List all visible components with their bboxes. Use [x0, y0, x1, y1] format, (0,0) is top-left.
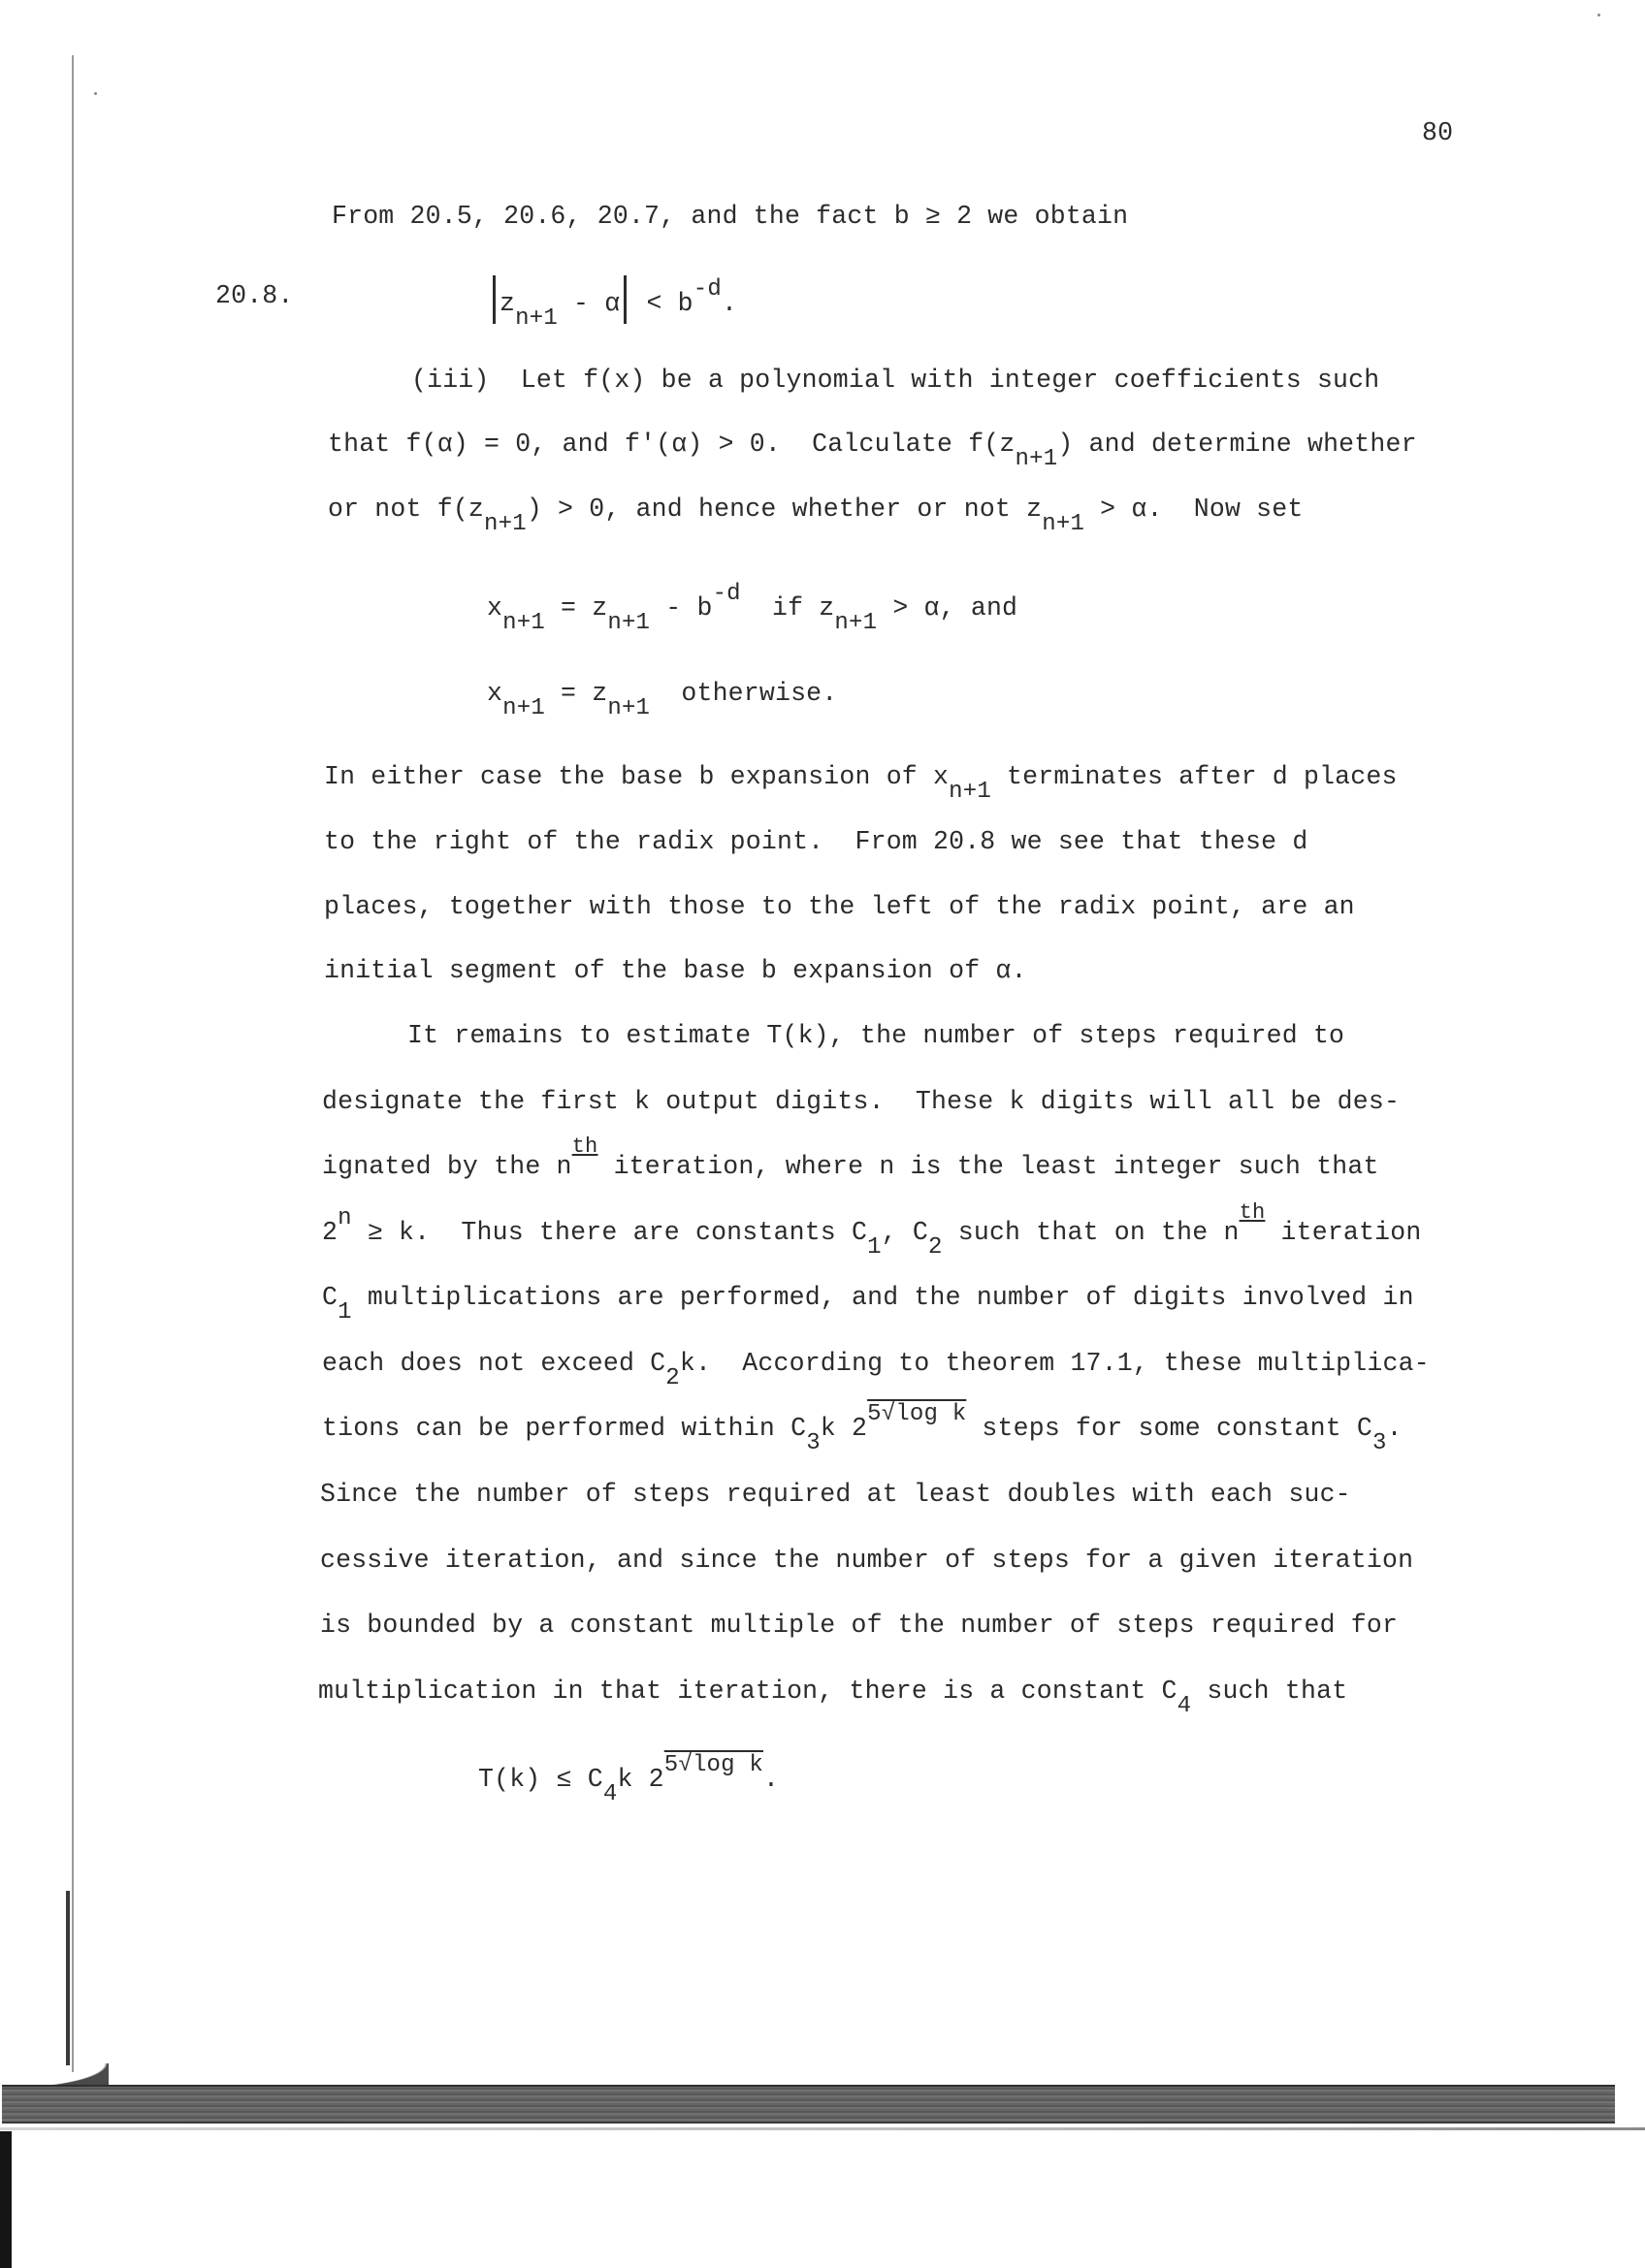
text-line: cessive iteration, and since the number … [320, 1546, 1413, 1575]
text-line: Since the number of steps required at le… [320, 1480, 1351, 1509]
text-line: initial segment of the base b expansion … [324, 956, 1027, 985]
subscript: n+1 [834, 610, 877, 636]
text-line: to the right of the radix point. From 20… [324, 827, 1307, 856]
final-inequality: T(k) ≤ C4k 25√log k. [478, 1765, 779, 1796]
subscript: 3 [806, 1430, 821, 1456]
subscript: 1 [338, 1299, 352, 1326]
subscript: 2 [928, 1234, 943, 1261]
text-span: steps for some constant C [966, 1414, 1372, 1443]
eq-exponent: -d [693, 276, 722, 303]
eq-relation: < b [630, 289, 693, 318]
text-span: iteration, where n is the least integer … [597, 1152, 1378, 1181]
text-line: C1 multiplications are performed, and th… [322, 1283, 1414, 1314]
def-cond: if z [741, 593, 835, 623]
scan-black-strip [0, 2131, 12, 2268]
root-exponent: 5√log k [867, 1401, 966, 1427]
text-span: or not f(z [328, 495, 484, 524]
text-span: tions can be performed within C [322, 1414, 806, 1443]
def-var: x [487, 679, 502, 708]
abs-bar-right [624, 275, 627, 324]
text-line: designate the first k output digits. The… [322, 1087, 1400, 1116]
ordinal-suffix: th [1240, 1200, 1266, 1225]
def-rest: otherwise. [650, 679, 837, 708]
text-span: terminates after d places [991, 762, 1398, 791]
text-line: that f(α) = 0, and f'(α) > 0. Calculate … [328, 430, 1417, 461]
subscript: 4 [603, 1781, 618, 1807]
text-span: multiplication in that iteration, there … [318, 1677, 1177, 1706]
text-span: that f(α) = 0, and f'(α) > 0. Calculate … [328, 430, 1016, 459]
root-exponent: 5√log k [664, 1752, 763, 1778]
text-span: In either case the base b expansion of x [324, 762, 949, 791]
text-line: ignated by the nth iteration, where n is… [322, 1152, 1379, 1183]
page-number: 80 [1422, 118, 1453, 147]
text-line: or not f(zn+1) > 0, and hence whether or… [328, 495, 1303, 526]
eq-subscript: n+1 [515, 305, 558, 332]
subscript: n+1 [949, 779, 991, 805]
text-span: such that [1191, 1677, 1347, 1706]
equation-label: 20.8. [215, 281, 294, 310]
ineq-period: . [763, 1765, 779, 1794]
exponent: n [338, 1205, 352, 1231]
ineq-lhs: T(k) ≤ C [478, 1765, 603, 1794]
def-var: x [487, 593, 502, 623]
text-span: k 2 [821, 1414, 867, 1443]
text-span: 2 [322, 1218, 338, 1247]
subscript: n+1 [607, 695, 650, 721]
text-line: It remains to estimate T(k), the number … [407, 1021, 1344, 1050]
eq-var: z [500, 289, 515, 318]
text-line: multiplication in that iteration, there … [318, 1677, 1347, 1708]
ordinal-suffix: th [572, 1134, 598, 1159]
text-span: C [322, 1283, 338, 1312]
scan-speck [1597, 14, 1600, 16]
text-span: iteration [1265, 1218, 1421, 1247]
subscript: 3 [1372, 1430, 1387, 1456]
subscript: n+1 [1042, 511, 1084, 537]
definition-row-2: xn+1 = zn+1 otherwise. [487, 679, 837, 710]
text-span: each does not exceed C [322, 1349, 665, 1378]
text-span: ignated by the n [322, 1152, 572, 1181]
subscript: 1 [867, 1234, 882, 1261]
text-span: . [1387, 1414, 1403, 1443]
eq-period: . [722, 289, 737, 318]
text-span: , C [882, 1218, 928, 1247]
def-cond-rest: > α, and [877, 593, 1017, 623]
scan-speck [94, 92, 97, 95]
text-line: each does not exceed C2k. According to t… [322, 1349, 1430, 1380]
exponent: -d [713, 581, 741, 607]
text-span: ≥ k. Thus there are constants C [352, 1218, 867, 1247]
subscript: n+1 [607, 610, 650, 636]
subscript: n+1 [502, 695, 545, 721]
text-line: In either case the base b expansion of x… [324, 762, 1398, 793]
definition-row-1: xn+1 = zn+1 - b-d if zn+1 > α, and [487, 593, 1017, 624]
text-span: ) and determine whether [1057, 430, 1416, 459]
scan-shadow-line [0, 2127, 1645, 2130]
text-span: such that on the n [943, 1218, 1240, 1247]
text-span: ) > 0, and hence whether or not z [527, 495, 1042, 524]
subscript: n+1 [502, 610, 545, 636]
def-eq: = z [545, 593, 607, 623]
def-eq: = z [545, 679, 607, 708]
text-line: places, together with those to the left … [324, 892, 1355, 921]
scan-page-edge-dark [66, 1891, 70, 2065]
subscript: 4 [1177, 1693, 1192, 1719]
def-term: - b [650, 593, 712, 623]
text-line: tions can be performed within C3k 25√log… [322, 1414, 1403, 1445]
subscript: n+1 [484, 511, 527, 537]
text-span: multiplications are performed, and the n… [352, 1283, 1414, 1312]
text-line: 2n ≥ k. Thus there are constants C1, C2 … [322, 1218, 1421, 1249]
subscript: 2 [665, 1365, 680, 1391]
subscript: n+1 [1016, 446, 1058, 472]
text-line: From 20.5, 20.6, 20.7, and the fact b ≥ … [332, 202, 1128, 231]
ineq-mid: k 2 [617, 1765, 663, 1794]
equation-20-8: zn+1 - α < b-d. [489, 275, 737, 324]
text-line: is bounded by a constant multiple of the… [320, 1611, 1398, 1640]
scan-binding-band [2, 2085, 1615, 2124]
text-span: k. According to theorem 17.1, these mult… [680, 1349, 1430, 1378]
abs-bar-left [493, 275, 496, 324]
text-line: (iii) Let f(x) be a polynomial with inte… [411, 366, 1379, 395]
scan-page-edge [72, 55, 74, 2072]
text-span: > α. Now set [1084, 495, 1303, 524]
eq-term: - α [558, 289, 620, 318]
